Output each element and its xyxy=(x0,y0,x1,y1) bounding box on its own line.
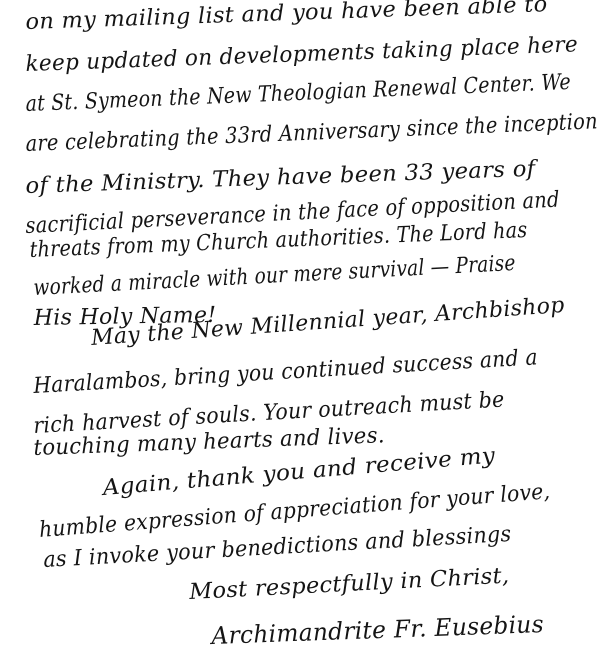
letter-closing: Most respectfully in Christ, xyxy=(189,564,510,605)
letter-signature: Archimandrite Fr. Eusebius xyxy=(211,610,544,650)
letter-line: on my mailing list and you have been abl… xyxy=(25,0,548,35)
letter-line: are celebrating the 33rd Anniversary sin… xyxy=(25,109,598,157)
handwritten-letter-page: on my mailing list and you have been abl… xyxy=(0,0,600,671)
letter-line: May the New Millennial year, Archbishop xyxy=(90,293,565,351)
letter-line: keep updated on developments taking plac… xyxy=(25,32,578,77)
letter-line: at St. Symeon the New Theologian Renewal… xyxy=(25,70,571,117)
